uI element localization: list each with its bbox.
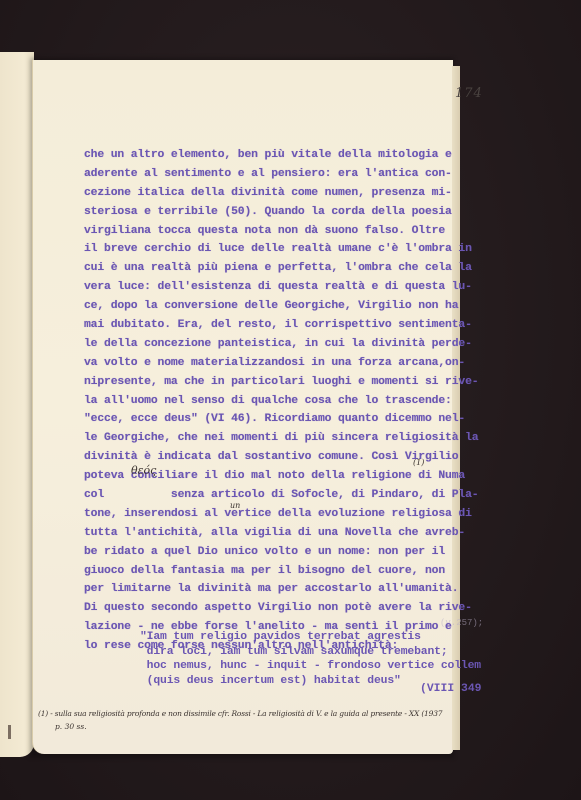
previous-page-edge: [0, 52, 34, 757]
text-line: col senza articolo di Sofocle, di Pindar…: [84, 486, 484, 505]
verse-line: "Iam tum religio pavidos terrebat agrest…: [140, 630, 480, 645]
text-line: cezione italica della divinità come nume…: [84, 184, 484, 203]
insertion-mark: un: [230, 501, 240, 510]
text-line: "ecce, ecce deus" (VI 46). Ricordiamo qu…: [84, 410, 484, 429]
text-line: che un altro elemento, ben più vitale de…: [84, 146, 484, 165]
text-line: nipresente, ma che in particolari luoghi…: [84, 373, 484, 392]
text-line: le della concezione panteistica, in cui …: [84, 335, 484, 354]
body-text: che un altro elemento, ben più vitale de…: [84, 146, 484, 656]
footnote-marker: (1): [413, 458, 424, 467]
text-line: cui è una realtà più piena e perfetta, l…: [84, 259, 484, 278]
text-line: steriosa e terribile (50). Quando la cor…: [84, 203, 484, 222]
text-line: per limitarne la divinità ma per accosta…: [84, 580, 484, 599]
handwritten-greek-word: θεός: [131, 464, 156, 477]
text-line: ce, dopo la conversione delle Georgiche,…: [84, 297, 484, 316]
verse-citation: (VIII 349: [420, 683, 482, 695]
text-line: giuoco della fantasia ma per il bisogno …: [84, 562, 484, 581]
text-line: virgiliana tocca questa nota non dà suon…: [84, 222, 484, 241]
text-line: la all'uomo nel senso di qualche cosa ch…: [84, 392, 484, 411]
text-line: vera luce: dell'esistenza di questa real…: [84, 278, 484, 297]
text-line: tutta l'antichità, alla vigilia di una N…: [84, 524, 484, 543]
text-line: Di questo secondo aspetto Virgilio non p…: [84, 599, 484, 618]
verse-line: dira loci, iam tum silvam saxumque treme…: [140, 645, 480, 660]
handwritten-footnote: (1) - sulla sua religiosità profonda e n…: [38, 709, 442, 718]
text-line: mai dubitato. Era, del resto, il corrisp…: [84, 316, 484, 335]
text-line: il breve cerchio di luce delle realtà um…: [84, 240, 484, 259]
text-line: le Georgiche, che nei momenti di più sin…: [84, 429, 484, 448]
text-line: be ridato a quel Dio unico volto e un no…: [84, 543, 484, 562]
verse-quotation: "Iam tum religio pavidos terrebat agrest…: [140, 630, 480, 688]
text-line: tone, inserendosi al vertice della evolu…: [84, 505, 484, 524]
text-line: aderente al sentimento e al pensiero: er…: [84, 165, 484, 184]
page-number: 174: [455, 86, 483, 101]
previous-page-mark: [8, 725, 11, 739]
text-line: va volto e nome materializzandosi in una…: [84, 354, 484, 373]
verse-line: hoc nemus, hunc - inquit - frondoso vert…: [140, 659, 480, 674]
handwritten-footnote-continuation: p. 30 ss.: [55, 722, 87, 731]
